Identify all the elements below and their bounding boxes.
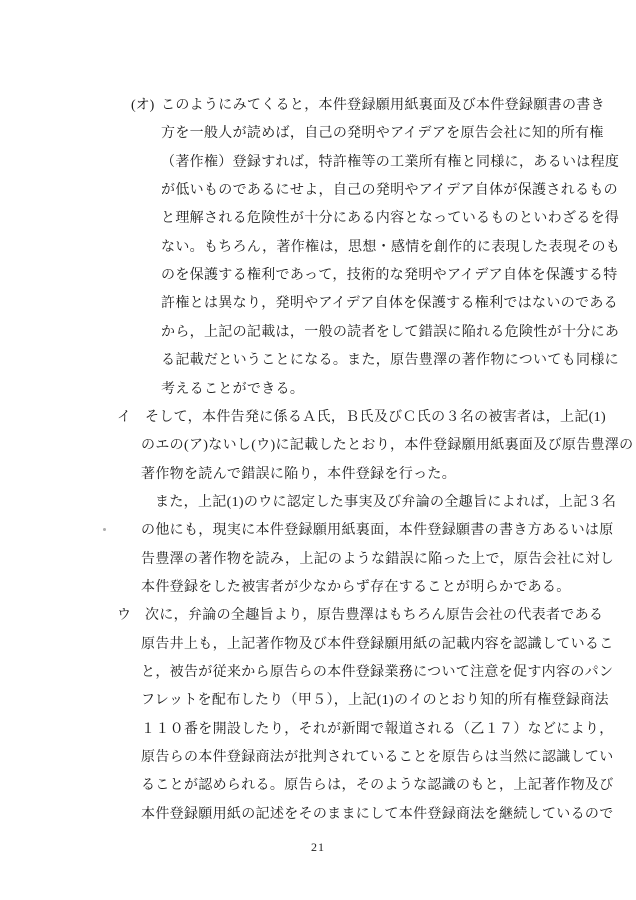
text-line: また，上記(1)のウに認定した事実及び弁論の全趣旨によれば，上記３名 xyxy=(155,489,616,517)
line-text: から，上記の記載は，一般の読者をして錯誤に陥れる危険性が十分にあ xyxy=(161,325,619,340)
text-line: ることが認められる。原告らは，そのような認識のもと，上記著作物及び xyxy=(141,772,614,800)
line-text: のを保護する権利であって，技術的な発明やアイデア自体を保護する特 xyxy=(161,268,618,283)
text-line: 告豊澤の著作物を読み，上記のような錯誤に陥った上で，原告会社に対し xyxy=(141,546,614,574)
text-line: １１０番を開設したり，それが新聞で報道される（乙１７）などにより， xyxy=(141,716,614,744)
line-text: 告豊澤の著作物を読み，上記のような錯誤に陥った上で，原告会社に対し xyxy=(141,552,614,567)
text-line: のエの(ア)ないし(ウ)に記載したとおり，本件登録願用紙裏面及び原告豊澤の xyxy=(141,432,634,460)
paragraph-marker: イ xyxy=(117,404,145,432)
text-line: の他にも，現実に本件登録願用紙裏面，本件登録願書の書き方あるいは原 xyxy=(141,517,614,545)
text-line: 許権とは異なり，発明やアイデア自体を保護する権利ではないのである xyxy=(161,290,618,318)
text-line: と，被告が従来から原告らの本件登録業務について注意を促す内容のパン xyxy=(141,659,613,687)
line-text: １１０番を開設したり，それが新聞で報道される（乙１７）などにより， xyxy=(141,722,614,737)
line-text: 考えることができる。 xyxy=(161,382,304,397)
text-line: から，上記の記載は，一般の読者をして錯誤に陥れる危険性が十分にあ xyxy=(161,319,619,347)
text-line: ウ次に，弁論の全趣旨より，原告豊澤はもちろん原告会社の代表者である xyxy=(117,602,603,630)
line-text: 本件登録をした被害者が少なからず存在することが明らかである。 xyxy=(141,580,571,595)
paragraph-marker: (オ) xyxy=(131,92,161,120)
line-text: （著作権）登録すれば，特許権等の工業所有権と同様に，あるいは程度 xyxy=(161,155,619,170)
text-line: （著作権）登録すれば，特許権等の工業所有権と同様に，あるいは程度 xyxy=(161,149,619,177)
line-text: ることが認められる。原告らは，そのような認識のもと，上記著作物及び xyxy=(141,778,614,793)
text-line: (オ)このようにみてくると，本件登録願用紙裏面及び本件登録願書の書き xyxy=(131,92,605,120)
line-text: 原告らの本件登録商法が批判されていることを原告らは当然に認識してい xyxy=(141,750,614,765)
line-text: 次に，弁論の全趣旨より，原告豊澤はもちろん原告会社の代表者である xyxy=(145,608,603,623)
line-text: 著作物を読んで錯誤に陥り，本件登録を行った。 xyxy=(141,467,456,482)
line-text: フレットを配布したり（甲５），上記(1)のイのとおり知的所有権登録商法 xyxy=(141,693,609,708)
scan-artifact-dot xyxy=(103,528,106,531)
text-line: 著作物を読んで錯誤に陥り，本件登録を行った。 xyxy=(141,461,456,489)
line-text: と理解される危険性が十分にある内容となっているものといわざるを得 xyxy=(161,211,619,226)
line-text: の他にも，現実に本件登録願用紙裏面，本件登録願書の書き方あるいは原 xyxy=(141,523,614,538)
text-line: のを保護する権利であって，技術的な発明やアイデア自体を保護する特 xyxy=(161,262,618,290)
line-text: 原告井上も，上記著作物及び本件登録願用紙の記載内容を認識しているこ xyxy=(141,637,614,652)
text-line: 考えることができる。 xyxy=(161,376,304,404)
line-text: 方を一般人が読めば，自己の発明やアイデアを原告会社に知的所有権 xyxy=(161,126,604,141)
line-text: 許権とは異なり，発明やアイデア自体を保護する権利ではないのである xyxy=(161,296,618,311)
page-number: 21 xyxy=(0,840,636,855)
text-line: 原告らの本件登録商法が批判されていることを原告らは当然に認識してい xyxy=(141,744,614,772)
line-text: このようにみてくると，本件登録願用紙裏面及び本件登録願書の書き xyxy=(161,98,605,113)
text-line: 本件登録願用紙の記述をそのままにして本件登録商法を継続しているので xyxy=(141,801,614,829)
line-text: のエの(ア)ないし(ウ)に記載したとおり，本件登録願用紙裏面及び原告豊澤の xyxy=(141,438,634,453)
text-line: と理解される危険性が十分にある内容となっているものといわざるを得 xyxy=(161,205,619,233)
text-line: が低いものであるにせよ，自己の発明やアイデア自体が保護されるもの xyxy=(161,177,618,205)
line-text: と，被告が従来から原告らの本件登録業務について注意を促す内容のパン xyxy=(141,665,613,680)
line-text: また，上記(1)のウに認定した事実及び弁論の全趣旨によれば，上記３名 xyxy=(155,495,616,510)
text-line: ない。もちろん，著作権は，思想・感情を創作的に表現した表現そのも xyxy=(161,234,620,262)
text-line: 原告井上も，上記著作物及び本件登録願用紙の記載内容を認識しているこ xyxy=(141,631,614,659)
text-line: る記載だということになる。また，原告豊澤の著作物についても同様に xyxy=(161,347,619,375)
text-line: 方を一般人が読めば，自己の発明やアイデアを原告会社に知的所有権 xyxy=(161,120,604,148)
document-page: (オ)このようにみてくると，本件登録願用紙裏面及び本件登録願書の書き方を一般人が… xyxy=(0,0,636,900)
line-text: そして，本件告発に係るＡ氏，Ｂ氏及びＣ氏の３名の被害者は，上記(1) xyxy=(145,410,606,425)
text-line: フレットを配布したり（甲５），上記(1)のイのとおり知的所有権登録商法 xyxy=(141,687,609,715)
line-text: ない。もちろん，著作権は，思想・感情を創作的に表現した表現そのも xyxy=(161,240,620,255)
paragraph-marker: ウ xyxy=(117,602,145,630)
line-text: る記載だということになる。また，原告豊澤の著作物についても同様に xyxy=(161,353,619,368)
text-line: 本件登録をした被害者が少なからず存在することが明らかである。 xyxy=(141,574,571,602)
text-line: イそして，本件告発に係るＡ氏，Ｂ氏及びＣ氏の３名の被害者は，上記(1) xyxy=(117,404,606,432)
line-text: 本件登録願用紙の記述をそのままにして本件登録商法を継続しているので xyxy=(141,807,614,822)
line-text: が低いものであるにせよ，自己の発明やアイデア自体が保護されるもの xyxy=(161,183,618,198)
